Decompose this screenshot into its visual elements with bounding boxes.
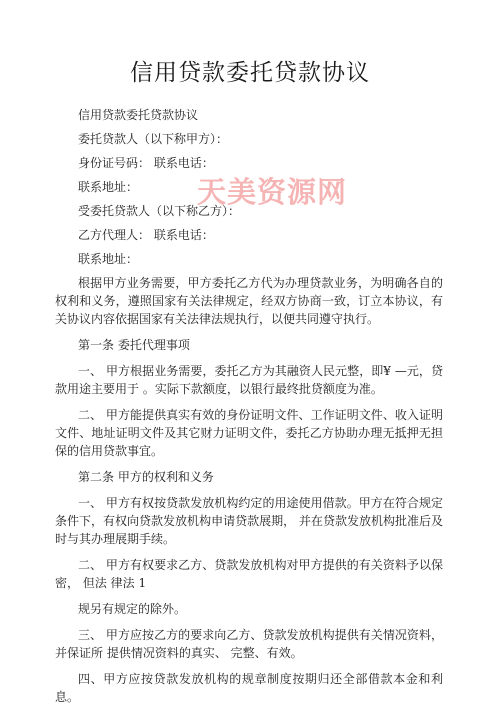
party-b-address: 联系地址：	[55, 250, 443, 268]
preamble-paragraph: 根据甲方业务需要，甲方委托乙方代为办理贷款业务，为明确各自的权利和义务，遵照国家…	[55, 274, 443, 328]
party-a-id-phone: 身份证号码： 联系电话：	[55, 154, 443, 172]
article-2-item-2-continuation: 规另有规定的除外。	[55, 600, 443, 618]
article-2-item-4: 四、甲方应按贷款发放机构的规章制度按期归还全部借款本金和利息。	[55, 670, 443, 706]
document-page: 信用贷款委托贷款协议 信用贷款委托贷款协议 委托贷款人（以下称甲方）： 身份证号…	[0, 0, 500, 707]
article-2-item-3: 三、 甲方应按乙方的要求向乙方、贷款发放机构提供有关情况资料， 并保证所 提供情…	[55, 626, 443, 662]
subtitle: 信用贷款委托贷款协议	[55, 106, 443, 124]
document-body: 信用贷款委托贷款协议 委托贷款人（以下称甲方）： 身份证号码： 联系电话： 联系…	[55, 106, 443, 706]
party-a-address: 联系地址：	[55, 178, 443, 196]
article-2-heading: 第二条 甲方的权利和义务	[55, 468, 443, 486]
party-a-header: 委托贷款人（以下称甲方）：	[55, 130, 443, 148]
article-1-item-2: 二、 甲方能提供真实有效的身份证明文件、工作证明文件、收入证明文件、地址证明文件…	[55, 406, 443, 460]
party-b-agent-phone: 乙方代理人： 联系电话：	[55, 226, 443, 244]
document-title: 信用贷款委托贷款协议	[0, 54, 500, 87]
article-1-heading: 第一条 委托代理事项	[55, 336, 443, 354]
article-2-item-2: 二、 甲方有权要求乙方、贷款发放机构对甲方提供的有关资料予以保密， 但法 律法 …	[55, 556, 443, 592]
article-1-item-1: 一、 甲方根据业务需要，委托乙方为其融资人民元整，即¥ —元，贷款用途主要用于 …	[55, 362, 443, 398]
party-b-header: 受委托贷款人（以下称乙方）：	[55, 202, 443, 220]
article-2-item-1: 一、 甲方有权按贷款发放机构约定的用途使用借款。甲方在符合规定条件下，有权向贷款…	[55, 494, 443, 548]
